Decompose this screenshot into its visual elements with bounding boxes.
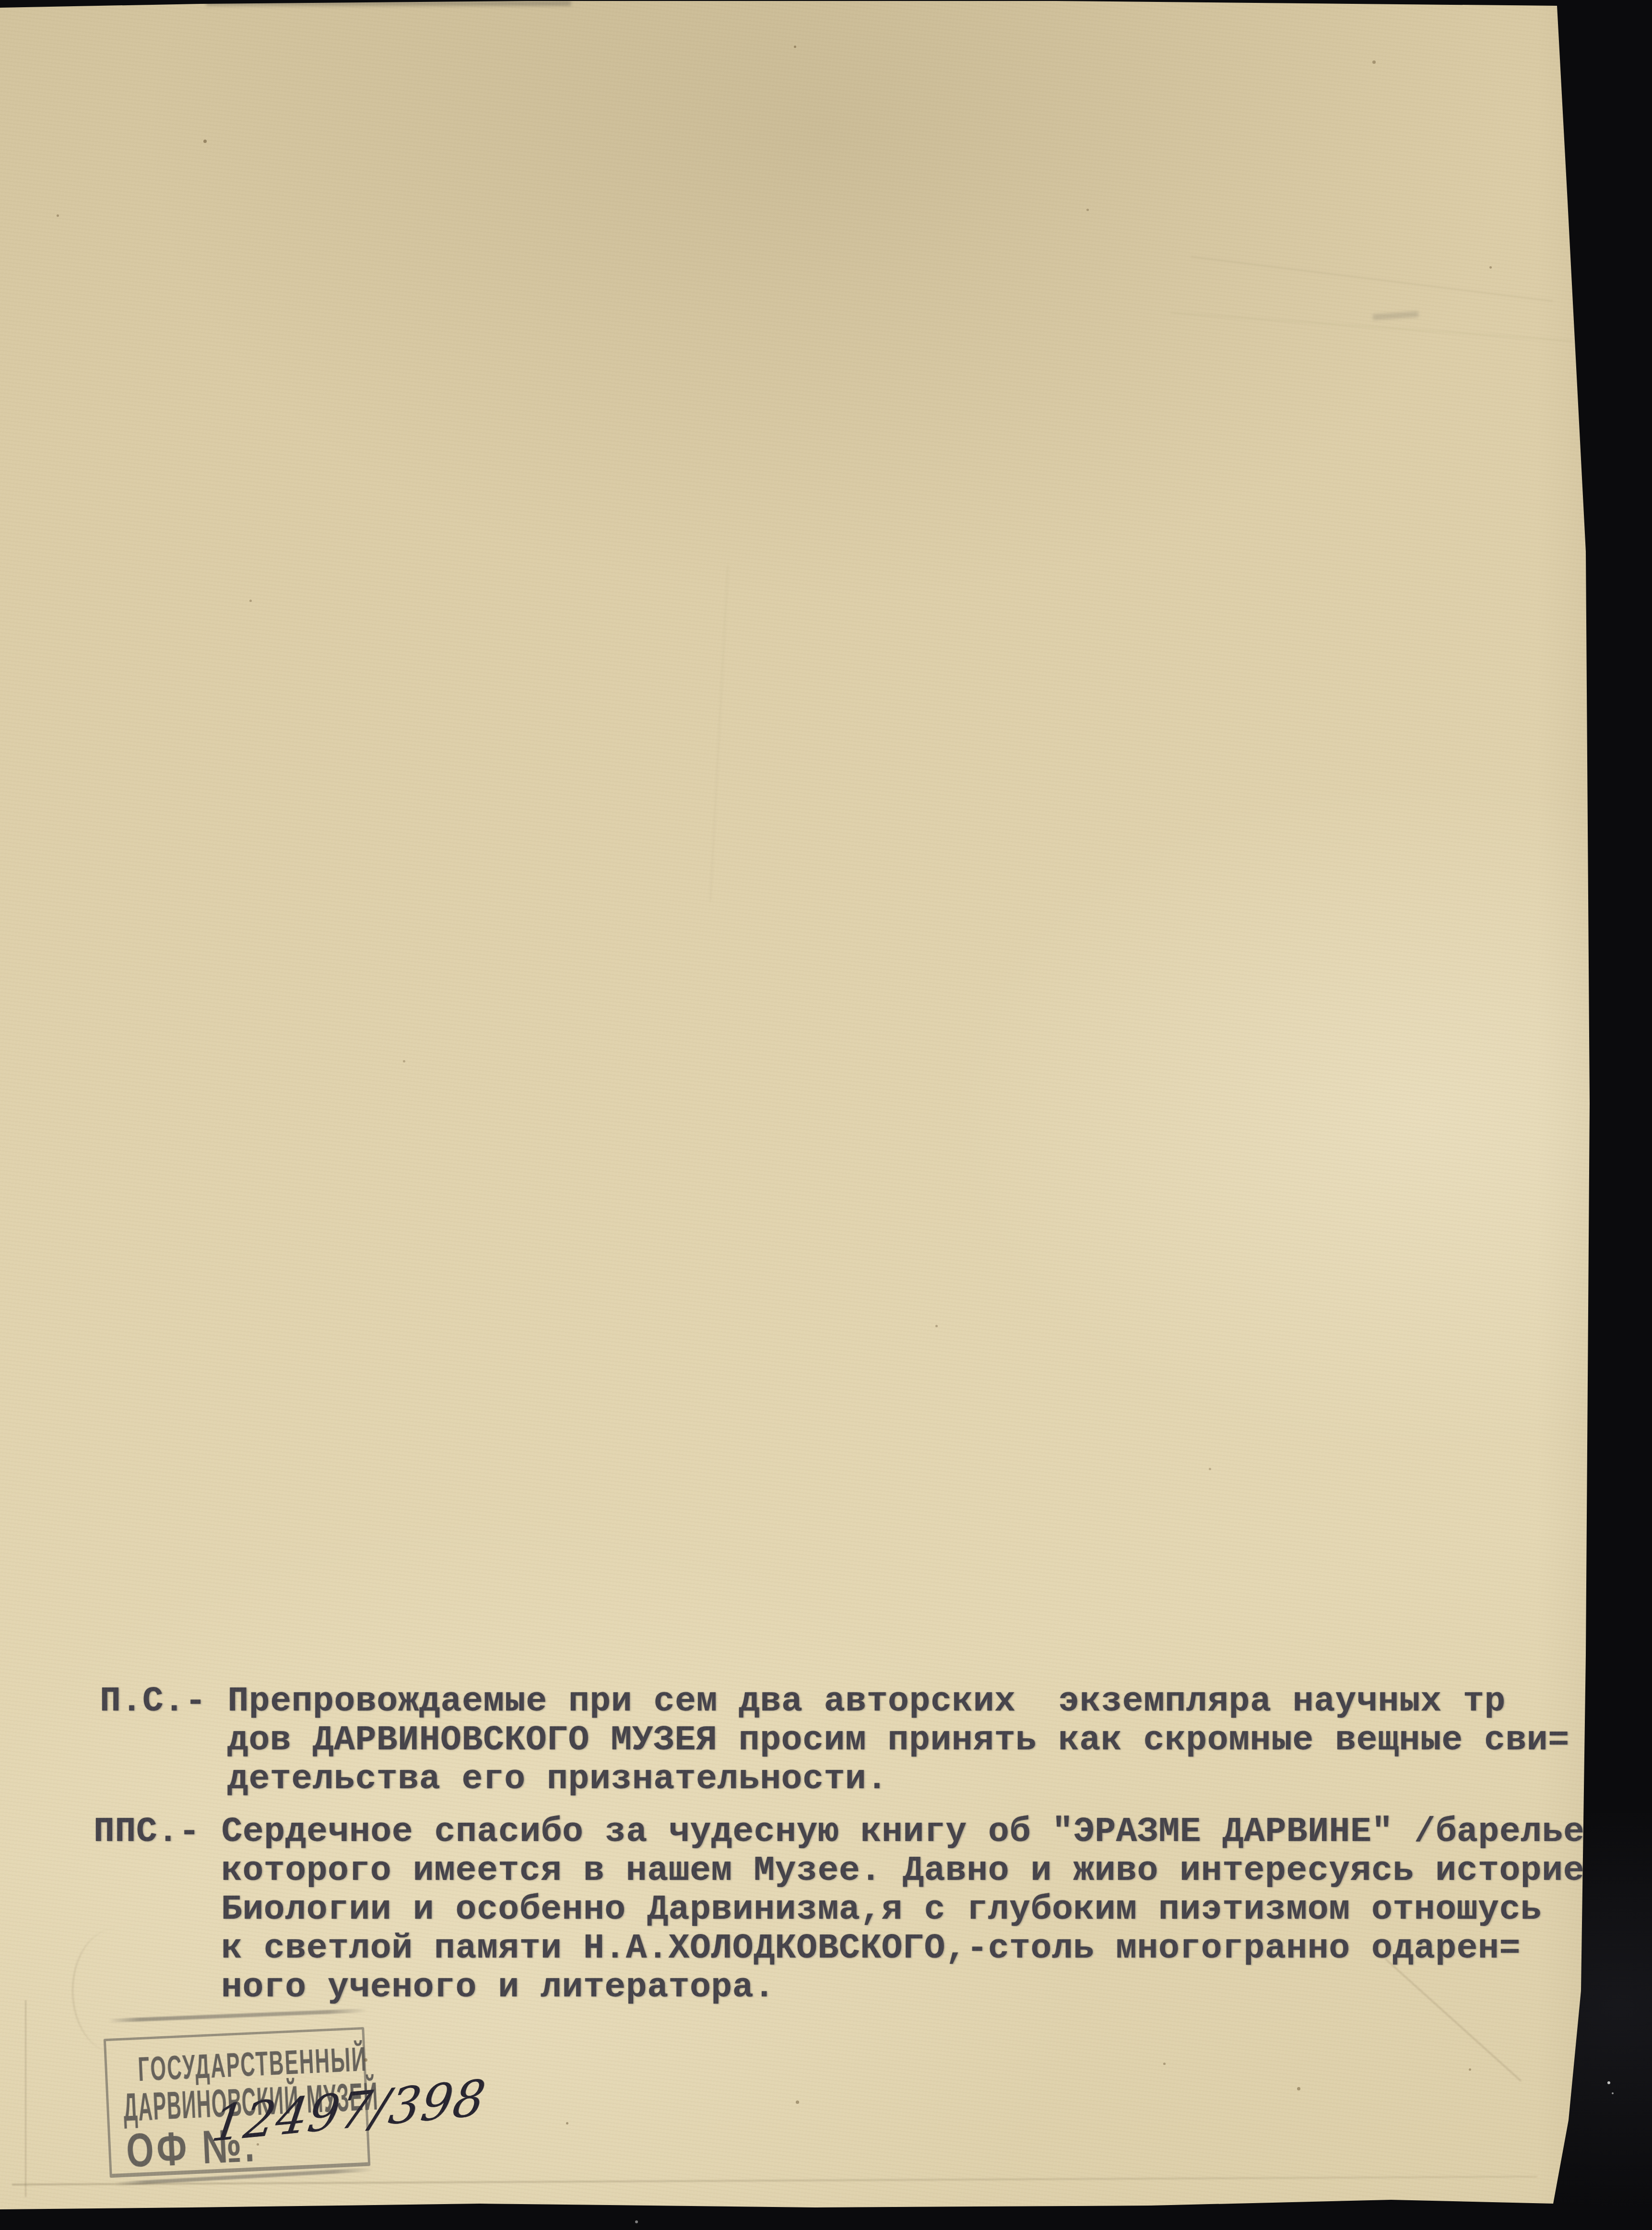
paper-top-scuff: [206, 1, 571, 6]
document-page: П.С.- Препровождаемые при сем два авторс…: [0, 0, 1652, 2230]
scanner-background: П.С.- Препровождаемые при сем два авторс…: [0, 0, 1652, 2230]
postscript-ps-paragraph: П.С.- Препровождаемые при сем два авторс…: [100, 1682, 1569, 1798]
ink-smudge: [1373, 311, 1419, 320]
scanner-lint-flecks: [0, 0, 2, 2]
crease-line: [1191, 256, 1553, 302]
crease-line: [1171, 312, 1573, 342]
postscript-pps-paragraph: ППС.- Сердечное спасибо за чудесную книг…: [94, 1812, 1606, 2006]
crease-line: [710, 566, 729, 901]
stamp-smear-line-top: [108, 2008, 367, 2023]
crease-line: [25, 2000, 26, 2197]
